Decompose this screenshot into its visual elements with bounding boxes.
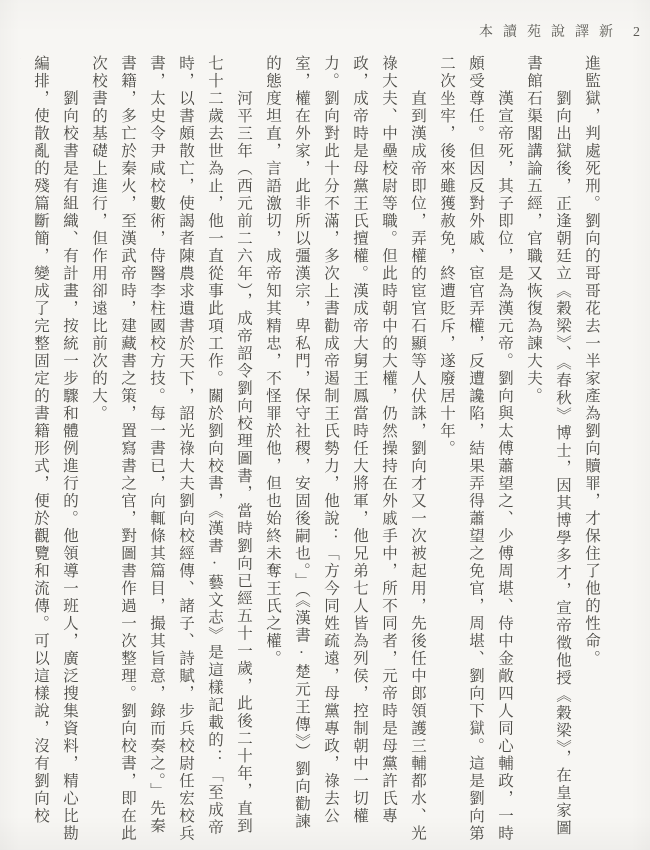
paragraph: 直到漢成帝即位，弄權的宦官石顯等人伏誅，劉向才又一次被起用，先後任中郎領護三輔都… bbox=[258, 55, 432, 845]
page-number: 2 bbox=[633, 25, 640, 41]
running-head-title: 本讀苑說譯新 bbox=[479, 21, 623, 41]
paragraph: 漢宣帝死，其子即位，是為漢元帝。劉向與太傅蕭望之、少傅周堪、侍中金敞四人同心輔政… bbox=[432, 55, 519, 845]
body-text: 進監獄，判處死刑。劉向的哥哥花去一半家產為劉向贖罪，才保住了他的性命。劉向出獄後… bbox=[20, 55, 606, 845]
running-head: 本讀苑說譯新 2 bbox=[479, 21, 640, 41]
paragraph: 河平三年（西元前二六年），成帝詔令劉向校理圖書，當時劉向已經五十一歲，此後二十年… bbox=[84, 55, 258, 845]
paragraph: 劉向校書是有組織、有計畫，按統一步驟和體例進行的。他領導一班人，廣泛搜集資料，精… bbox=[20, 55, 84, 845]
paragraph: 進監獄，判處死刑。劉向的哥哥花去一半家產為劉向贖罪，才保住了他的性命。 bbox=[577, 55, 606, 845]
book-page: 本讀苑說譯新 2 進監獄，判處死刑。劉向的哥哥花去一半家產為劉向贖罪，才保住了他… bbox=[0, 0, 650, 850]
paragraph: 劉向出獄後，正逢朝廷立《穀梁》、《春秋》博士，因其博學多才，宣帝徵他授《穀梁》，… bbox=[519, 55, 577, 845]
